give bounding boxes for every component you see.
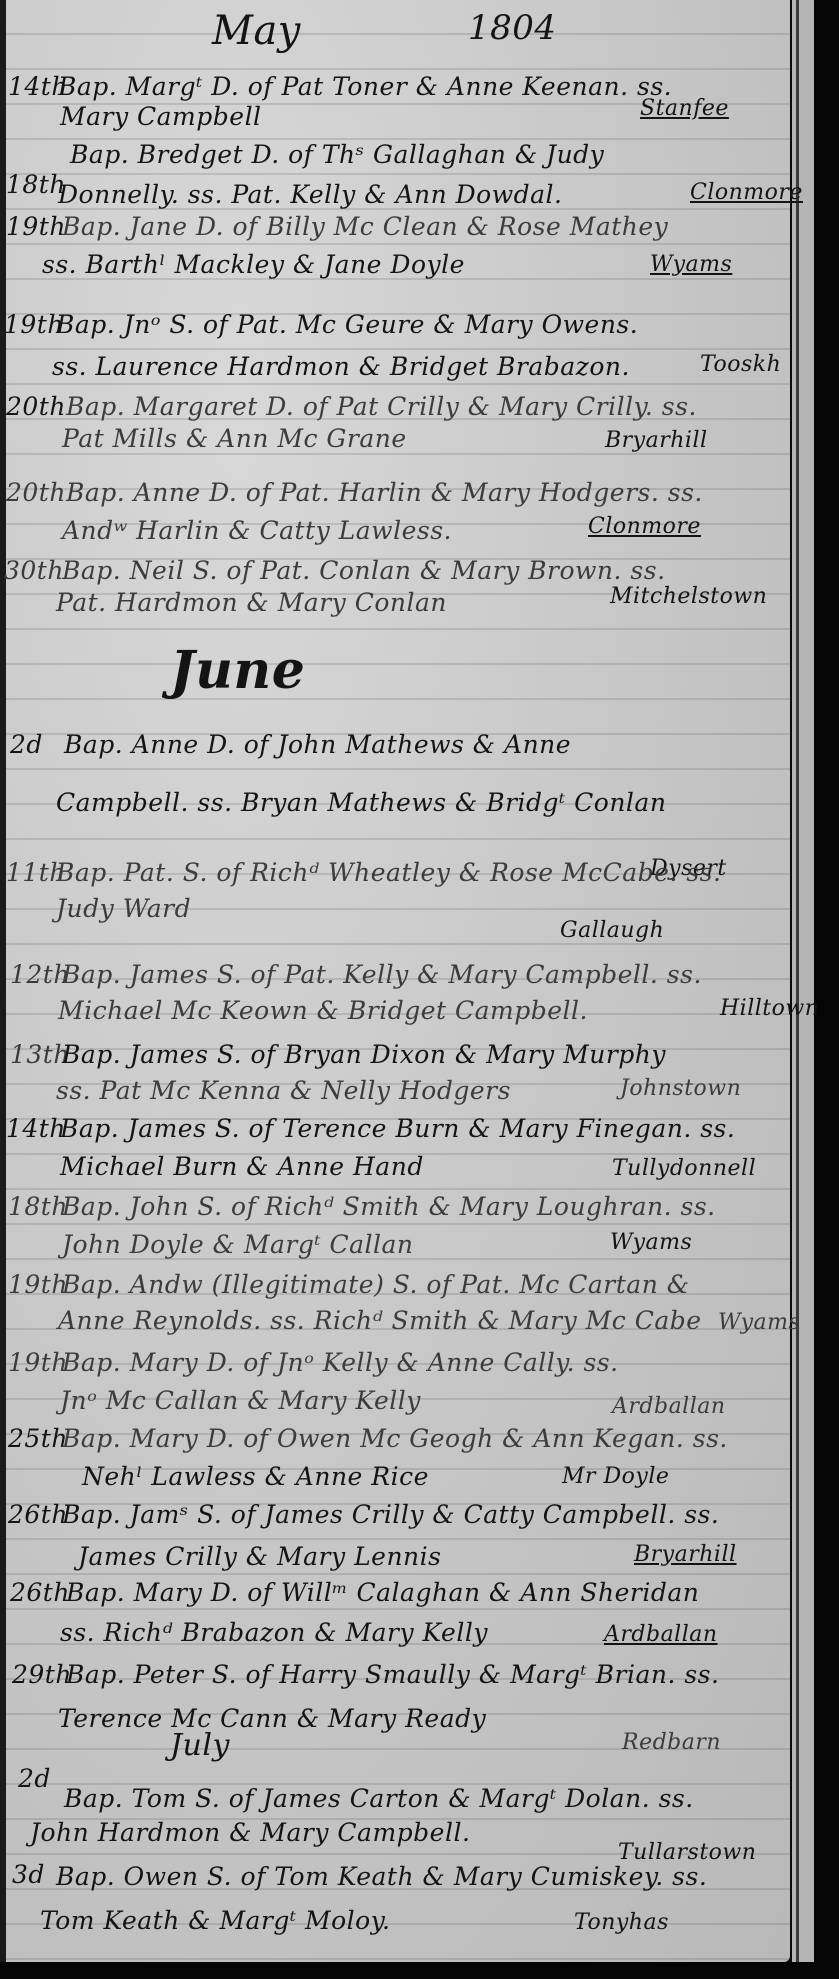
entry-date: 20th [6, 478, 66, 507]
page-left-edge [0, 0, 6, 1979]
entry-townland: Tonyhas [574, 1910, 669, 1935]
entry-line2: Donnelly. ss. Pat. Kelly & Ann Dowdal. [58, 180, 563, 209]
entry-townland: Bryarhill [634, 1542, 737, 1567]
entry-date: 19th [6, 212, 66, 241]
entry-line1: Bap. Margaret D. of Pat Crilly & Mary Cr… [66, 392, 697, 421]
entry-line2: Michael Mc Keown & Bridget Campbell. [58, 996, 588, 1025]
entry-date: 3d [12, 1860, 45, 1889]
entry-date: 19th [8, 1348, 68, 1377]
entry-line1: Bap. Jamˢ S. of James Crilly & Catty Cam… [62, 1500, 719, 1529]
entry-line1: Bap. Mary D. of Willᵐ Calaghan & Ann She… [66, 1578, 699, 1607]
month-heading-may: May [212, 8, 301, 54]
entry-line2: Michael Burn & Anne Hand [60, 1152, 424, 1181]
entry-line2: Tom Keath & Margᵗ Moloy. [40, 1906, 390, 1935]
entry-line1: Bap. Peter S. of Harry Smaully & Margᵗ B… [66, 1660, 719, 1689]
entry-line2: John Doyle & Margᵗ Callan [62, 1230, 413, 1259]
entry-line2: Campbell. ss. Bryan Mathews & Bridgᵗ Con… [56, 788, 666, 817]
entry-date: 18th [8, 1192, 68, 1221]
entry-townland: Ardballan [604, 1622, 718, 1647]
entry-line1: Bap. James S. of Pat. Kelly & Mary Campb… [62, 960, 702, 989]
entry-line1: Bap. Jane D. of Billy Mc Clean & Rose Ma… [62, 212, 668, 241]
entry-line1: Bap. James S. of Terence Burn & Mary Fin… [60, 1114, 735, 1143]
entry-date: 14th [6, 1114, 66, 1143]
entry-line2: Terence Mc Cann & Mary Ready [58, 1704, 486, 1733]
entry-line2: Mary Campbell [60, 102, 262, 131]
entry-date: 29th [12, 1660, 72, 1689]
entry-line2: ss. Laurence Hardmon & Bridget Brabazon. [52, 352, 630, 381]
entry-line2: Andʷ Harlin & Catty Lawless. [62, 516, 452, 545]
entry-townland: Wyams [610, 1230, 692, 1255]
entry-townland: Redbarn [622, 1730, 721, 1755]
entry-line1: Bap. Bredget D. of Thˢ Gallaghan & Judy [70, 140, 604, 169]
entry-townland: Mr Doyle [562, 1464, 669, 1489]
entry-line1: Bap. Neil S. of Pat. Conlan & Mary Brown… [62, 556, 666, 585]
entry-date: 26th [10, 1578, 70, 1607]
month-heading-june: June [170, 640, 305, 701]
entry-line1: Bap. Pat. S. of Richᵈ Wheatley & Rose Mc… [56, 858, 721, 887]
entry-date: 19th [4, 310, 64, 339]
entry-line2: James Crilly & Mary Lennis [78, 1542, 442, 1571]
entry-line2: ss. Barthˡ Mackley & Jane Doyle [42, 250, 465, 279]
entry-date: 12th [10, 960, 70, 989]
entry-townland: Clonmore [690, 180, 803, 205]
entry-line2: ss. Richᵈ Brabazon & Mary Kelly [60, 1618, 488, 1647]
entry-date: 25th [8, 1424, 68, 1453]
entry-date: 19th [8, 1270, 68, 1299]
entry-line2: Pat Mills & Ann Mc Grane [62, 424, 407, 453]
entry-line2: Anne Reynolds. ss. Richᵈ Smith & Mary Mc… [58, 1306, 702, 1335]
entry-line1: Bap. John S. of Richᵈ Smith & Mary Lough… [62, 1192, 716, 1221]
entry-date: 2d [18, 1764, 51, 1793]
entry-line2: Judy Ward [56, 894, 191, 923]
entry-line2: ss. Pat Mc Kenna & Nelly Hodgers [56, 1076, 511, 1105]
entry-line2: Jnᵒ Mc Callan & Mary Kelly [60, 1386, 421, 1415]
entry-date: 20th [6, 392, 66, 421]
entry-date: 13th [10, 1040, 70, 1069]
entry-townland: Wyams [718, 1310, 800, 1335]
month-heading-july: July [170, 1728, 230, 1763]
entry-townland: Hilltown [720, 996, 819, 1021]
entry-townland: Johnstown [620, 1076, 741, 1101]
page-bottom-edge [0, 1962, 839, 1979]
entry-townland: Gallaugh [560, 918, 664, 943]
entry-line1: Bap. Owen S. of Tom Keath & Mary Cumiske… [56, 1862, 707, 1891]
entry-townland: Ardballan [612, 1394, 726, 1419]
entry-line1: Bap. James S. of Bryan Dixon & Mary Murp… [62, 1040, 666, 1069]
entry-townland: Tooskh [700, 352, 781, 377]
entry-line1: Bap. Andw (Illegitimate) S. of Pat. Mc C… [62, 1270, 690, 1299]
entry-line2: Nehˡ Lawless & Anne Rice [82, 1462, 429, 1491]
entry-townland: Tullydonnell [612, 1156, 756, 1181]
entry-line1: Bap. Margᵗ D. of Pat Toner & Anne Keenan… [58, 72, 672, 101]
entry-townland: Mitchelstown [610, 584, 767, 609]
entry-line1: Bap. Jnᵒ S. of Pat. Mc Geure & Mary Owen… [56, 310, 638, 339]
entry-date: 2d [10, 730, 43, 759]
entry-line1: Bap. Tom S. of James Carton & Margᵗ Dola… [64, 1784, 694, 1813]
year-heading: 1804 [468, 8, 557, 48]
entry-line2: John Hardmon & Mary Campbell. [30, 1818, 470, 1847]
entry-date: 18th [6, 170, 66, 199]
page-right-edge [814, 0, 839, 1979]
entry-townland: Clonmore [588, 514, 701, 539]
entry-date: 30th [4, 556, 64, 585]
entry-line1: Bap. Anne D. of Pat. Harlin & Mary Hodge… [66, 478, 703, 507]
entry-date: 26th [8, 1500, 68, 1529]
entry-townland: Stanfee [640, 96, 729, 121]
entry-townland: Bryarhill [605, 428, 708, 453]
entry-townland: Wyams [650, 252, 732, 277]
entry-line2: Pat. Hardmon & Mary Conlan [56, 588, 447, 617]
right-margin-rule [796, 0, 799, 1962]
entry-line1: Bap. Mary D. of Jnᵒ Kelly & Anne Cally. … [62, 1348, 619, 1377]
entry-line1: Bap. Anne D. of John Mathews & Anne [64, 730, 571, 759]
entry-line1: Bap. Mary D. of Owen Mc Geogh & Ann Kega… [62, 1424, 728, 1453]
